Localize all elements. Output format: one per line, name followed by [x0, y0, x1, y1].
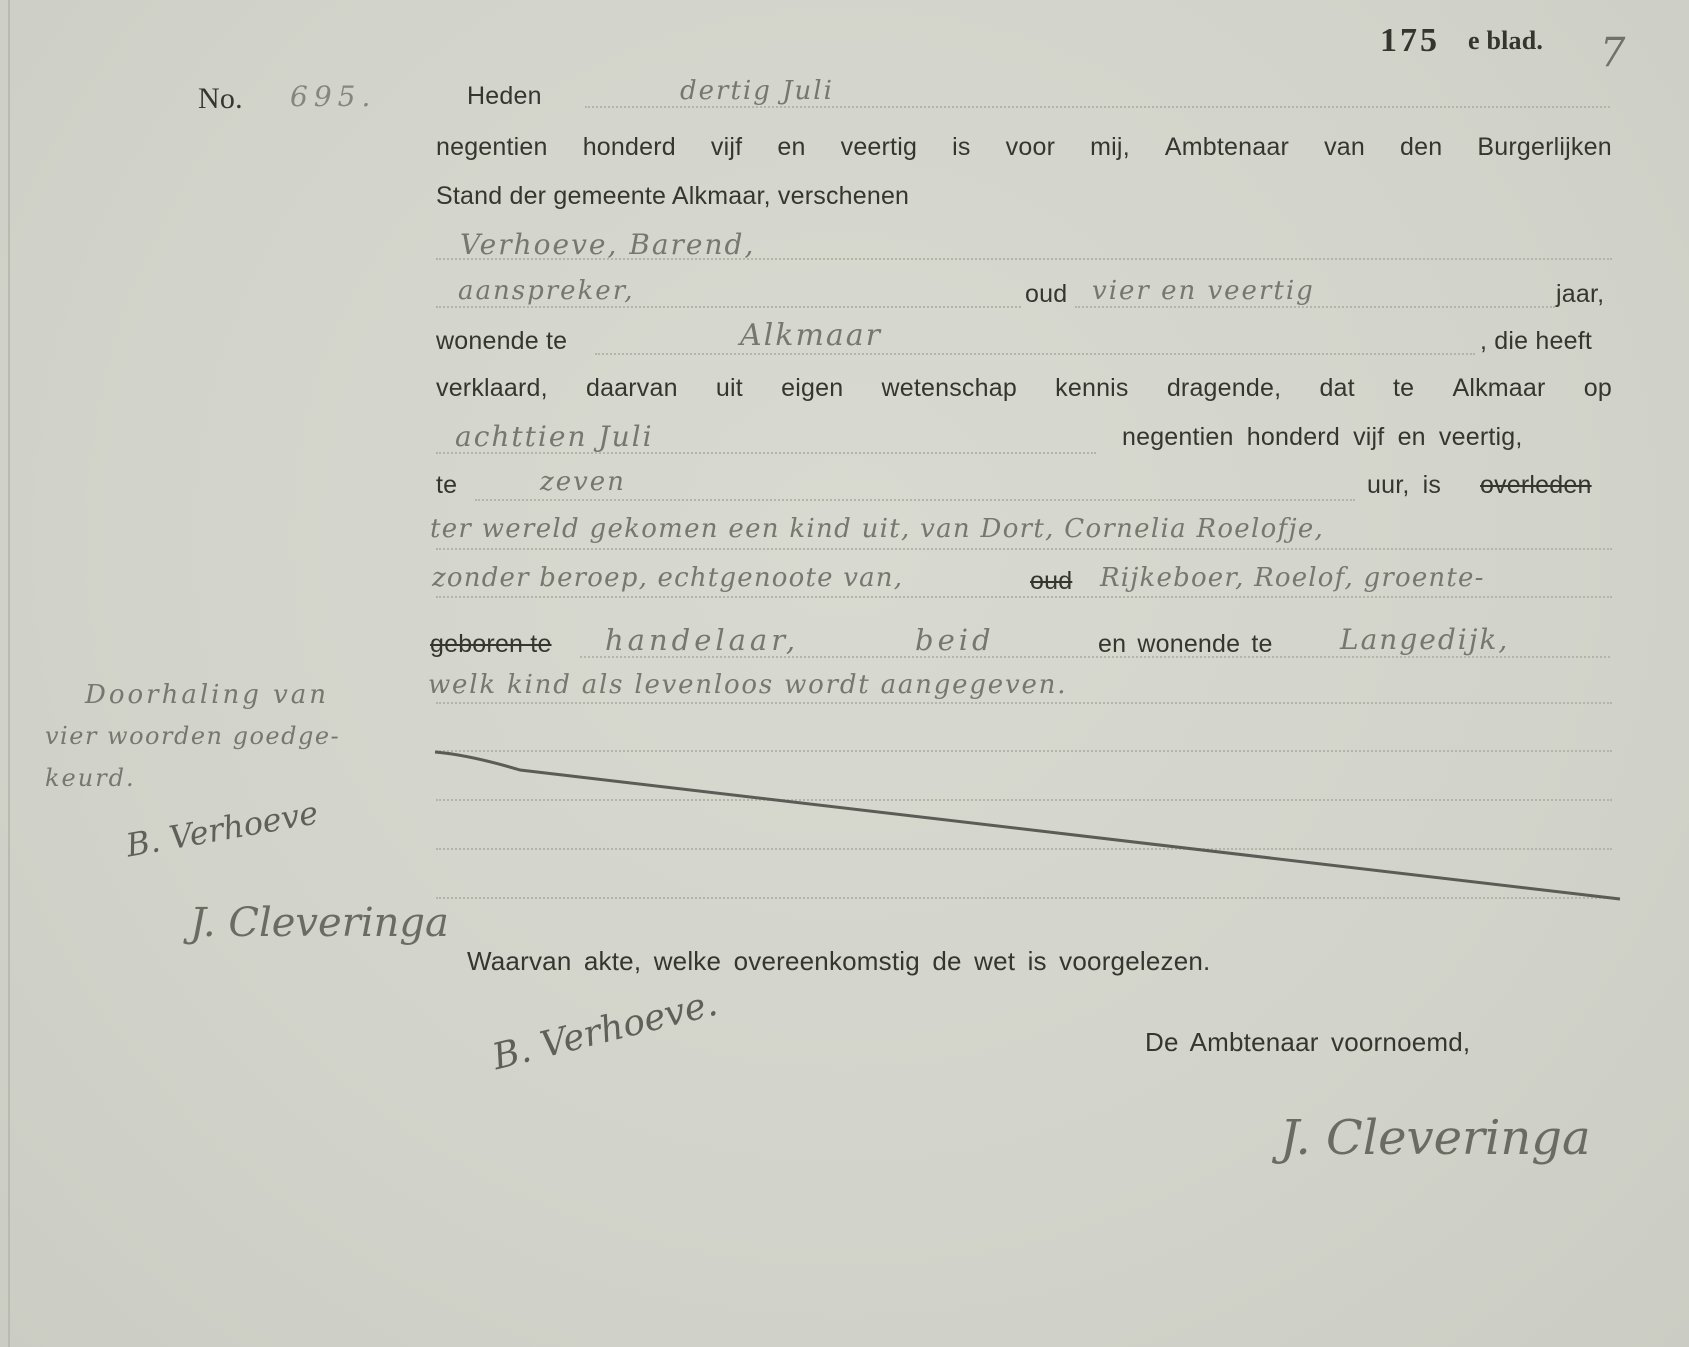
margin-signature-official: J. Cleveringa [190, 900, 449, 946]
closing-statement: Waarvan akte, welke overeenkomstig de we… [467, 946, 1210, 977]
margin-note-line-2: vier woorden goedge- [45, 722, 340, 750]
margin-note-line-1: Doorhaling van [85, 680, 329, 710]
margin-note-line-3: keurd. [45, 764, 136, 792]
certificate-page: 175 e blad. 7 No. 695. Heden dertig Juli… [0, 0, 1689, 1347]
official-label: De Ambtenaar voornoemd, [1145, 1027, 1470, 1058]
closing-signature-official: J. Cleveringa [1280, 1110, 1591, 1166]
